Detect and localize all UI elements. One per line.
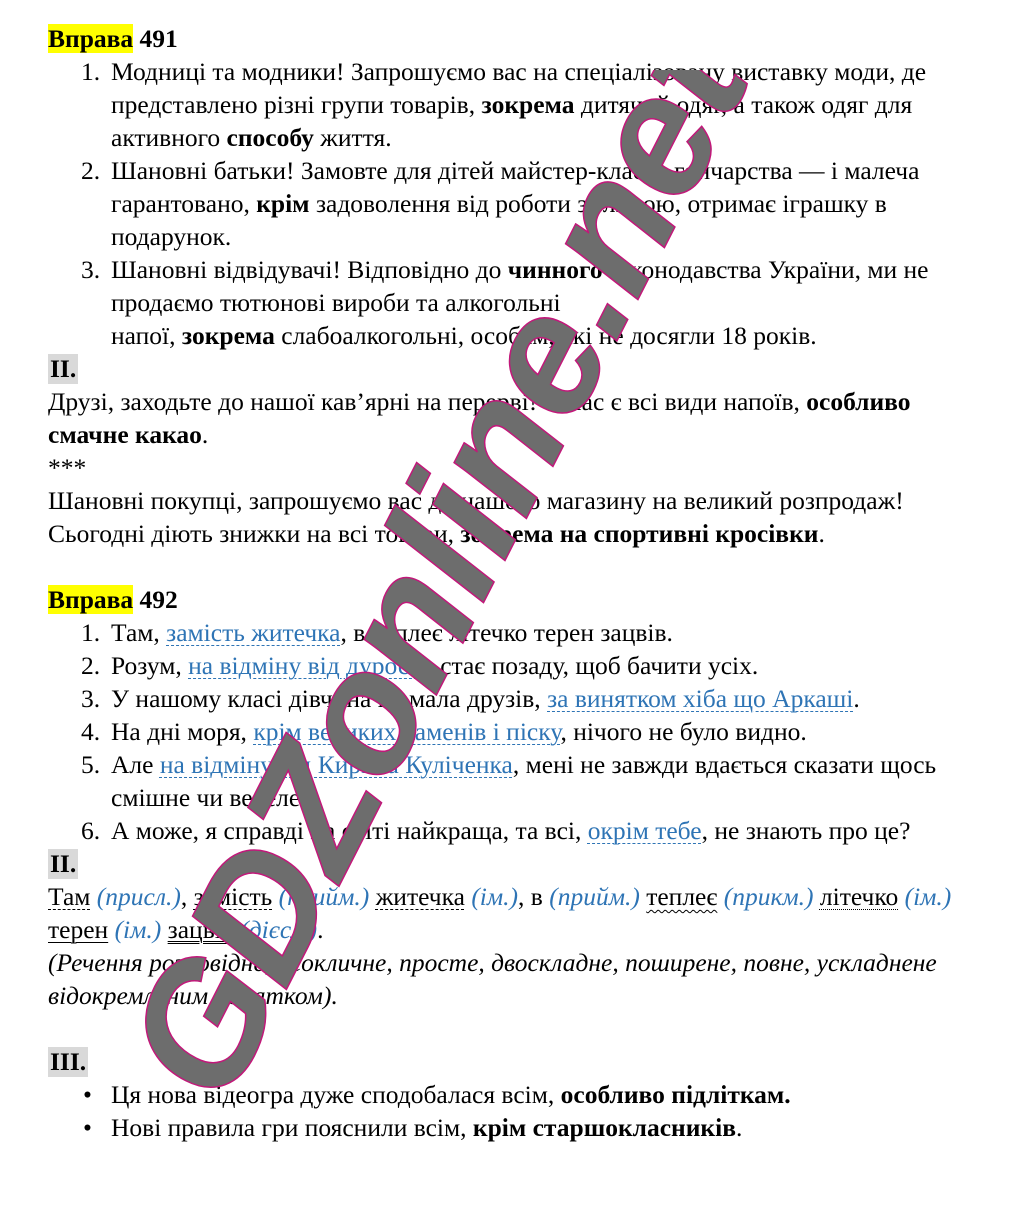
sentence-parse: Там (присл.), замість (прийм.) житечка (… bbox=[48, 880, 988, 946]
text: , bbox=[181, 882, 194, 911]
text: Шановні відвідувачі! Відповідно до bbox=[111, 255, 508, 284]
list-number: 3. bbox=[81, 682, 100, 715]
bold-text: крім bbox=[256, 189, 309, 218]
text: , нічого не було видно. bbox=[560, 717, 806, 746]
exercise-492-heading: Вправа 492 bbox=[48, 583, 988, 616]
text: Ця нова відеогра дуже сподобалася всім, bbox=[111, 1080, 561, 1109]
text: . bbox=[202, 420, 208, 449]
list-number: 5. bbox=[81, 748, 100, 781]
part-of-speech: (ім.) bbox=[471, 882, 518, 911]
text: , в теплеє літечко терен зацвів. bbox=[340, 618, 672, 647]
sentence-member: замість bbox=[194, 882, 273, 911]
bold-text: чинного bbox=[508, 255, 603, 284]
sentence-member: Там bbox=[48, 882, 90, 911]
paragraph-cafe: Друзі, заходьте до нашої кав’ярні на пер… bbox=[48, 385, 988, 451]
text: , не знають про це? bbox=[702, 816, 911, 845]
text: Розум, bbox=[111, 651, 188, 680]
list-number: 2. bbox=[81, 154, 100, 187]
list-number: 3. bbox=[81, 253, 100, 286]
sentence-member: літечко bbox=[820, 882, 898, 911]
text: Але bbox=[111, 750, 160, 779]
exercise-491-part-2: ІІ. Друзі, заходьте до нашої кав’ярні на… bbox=[48, 352, 988, 550]
text: Друзі, заходьте до нашої кав’ярні на пер… bbox=[48, 387, 806, 416]
list-item: 5.Але на відміну від Кирила Куліченка, м… bbox=[48, 748, 988, 814]
text: Нові правила гри пояснили всім, bbox=[111, 1113, 473, 1142]
highlighted-phrase: замість житечка bbox=[166, 618, 340, 647]
part-of-speech: (ім.) bbox=[905, 882, 952, 911]
exercise-number: 491 bbox=[133, 24, 178, 53]
list-item: 4.На дні моря, крім великих каменів і пі… bbox=[48, 715, 988, 748]
highlighted-phrase: за винятком хіба що Аркаші bbox=[547, 684, 853, 713]
sentence-member: терен bbox=[48, 915, 108, 944]
exercise-491-heading: Вправа 491 bbox=[48, 22, 988, 55]
text: На дні моря, bbox=[111, 717, 253, 746]
bullet-icon: • bbox=[83, 1111, 92, 1144]
separator: *** bbox=[48, 451, 988, 484]
part-of-speech: (ім.) bbox=[115, 915, 162, 944]
bullet-icon: • bbox=[83, 1078, 92, 1111]
text: . bbox=[853, 684, 859, 713]
exercise-label: Вправа bbox=[48, 585, 133, 614]
text: . bbox=[317, 915, 323, 944]
sentence-member: зацвів bbox=[168, 915, 234, 944]
bold-text: зокрема на спортивні кросівки bbox=[460, 519, 818, 548]
bold-text: зокрема bbox=[182, 321, 275, 350]
list-item: 6.А може, я справді на світі найкраща, т… bbox=[48, 814, 988, 847]
text: слабоалкогольні, особам, які не досягли … bbox=[275, 321, 817, 350]
exercise-492-part-2: ІІ. Там (присл.), замість (прийм.) житеч… bbox=[48, 847, 988, 1012]
part-of-speech: (прикм.) bbox=[724, 882, 814, 911]
document-page: Вправа 491 1.Модниці та модники! Запрошу… bbox=[48, 22, 988, 1144]
sentence-summary: (Речення розповідне, неокличне, просте, … bbox=[48, 946, 988, 1012]
list-number: 1. bbox=[81, 616, 100, 649]
highlighted-phrase: крім великих каменів і піску bbox=[253, 717, 560, 746]
list-number: 1. bbox=[81, 55, 100, 88]
part-of-speech: (прийм.) bbox=[279, 882, 370, 911]
bullet-item: •Нові правила гри пояснили всім, крім ст… bbox=[48, 1111, 988, 1144]
exercise-492-list: 1.Там, замість житечка, в теплеє літечко… bbox=[48, 616, 988, 847]
list-item: 2.Розум, на відміну від дурості, стає по… bbox=[48, 649, 988, 682]
highlighted-phrase: окрім тебе bbox=[588, 816, 702, 845]
text: . bbox=[818, 519, 824, 548]
part-of-speech: (присл.) bbox=[97, 882, 181, 911]
exercise-491-list: 1.Модниці та модники! Запрошуємо вас на … bbox=[48, 55, 988, 352]
exercise-492-part-3: ІІІ. •Ця нова відеогра дуже сподобалася … bbox=[48, 1045, 988, 1144]
sentence-member: теплеє bbox=[646, 882, 717, 911]
text: напої, bbox=[111, 321, 182, 350]
bullet-list: •Ця нова відеогра дуже сподобалася всім,… bbox=[48, 1078, 988, 1144]
text: . bbox=[736, 1113, 742, 1142]
part-of-speech: (прийм.) bbox=[549, 882, 640, 911]
highlighted-phrase: на відміну від Кирила Куліченка bbox=[160, 750, 513, 779]
paragraph-shop: Шановні покупці, запрошуємо вас до нашог… bbox=[48, 484, 988, 550]
list-item: 3.У нашому класі дівчина не мала друзів,… bbox=[48, 682, 988, 715]
text: Там, bbox=[111, 618, 166, 647]
bullet-item: •Ця нова відеогра дуже сподобалася всім,… bbox=[48, 1078, 988, 1111]
list-item: 3.Шановні відвідувачі! Відповідно до чин… bbox=[48, 253, 988, 352]
list-number: 2. bbox=[81, 649, 100, 682]
sentence-member: житечка bbox=[376, 882, 465, 911]
part-of-speech: (дієсл.) bbox=[240, 915, 317, 944]
bold-text: способу bbox=[227, 123, 314, 152]
part-label: ІІ. bbox=[48, 849, 78, 879]
bold-text: особливо підліткам. bbox=[561, 1080, 791, 1109]
highlighted-phrase: на відміну від дурості bbox=[188, 651, 427, 680]
text: У нашому класі дівчина не мала друзів, bbox=[111, 684, 547, 713]
list-number: 4. bbox=[81, 715, 100, 748]
list-item: 2.Шановні батьки! Замовте для дітей майс… bbox=[48, 154, 988, 253]
exercise-number: 492 bbox=[133, 585, 178, 614]
part-label: ІІІ. bbox=[48, 1047, 88, 1077]
text: , стає позаду, щоб бачити усіх. bbox=[427, 651, 758, 680]
list-number: 6. bbox=[81, 814, 100, 847]
text: , в bbox=[518, 882, 549, 911]
bold-text: зокрема bbox=[481, 90, 574, 119]
bold-text: крім старшокласників bbox=[473, 1113, 736, 1142]
part-label: ІІ. bbox=[48, 354, 78, 384]
text: А може, я справді на світі найкраща, та … bbox=[111, 816, 588, 845]
text: життя. bbox=[314, 123, 392, 152]
list-item: 1.Там, замість житечка, в теплеє літечко… bbox=[48, 616, 988, 649]
exercise-label: Вправа bbox=[48, 24, 133, 53]
list-item: 1.Модниці та модники! Запрошуємо вас на … bbox=[48, 55, 988, 154]
